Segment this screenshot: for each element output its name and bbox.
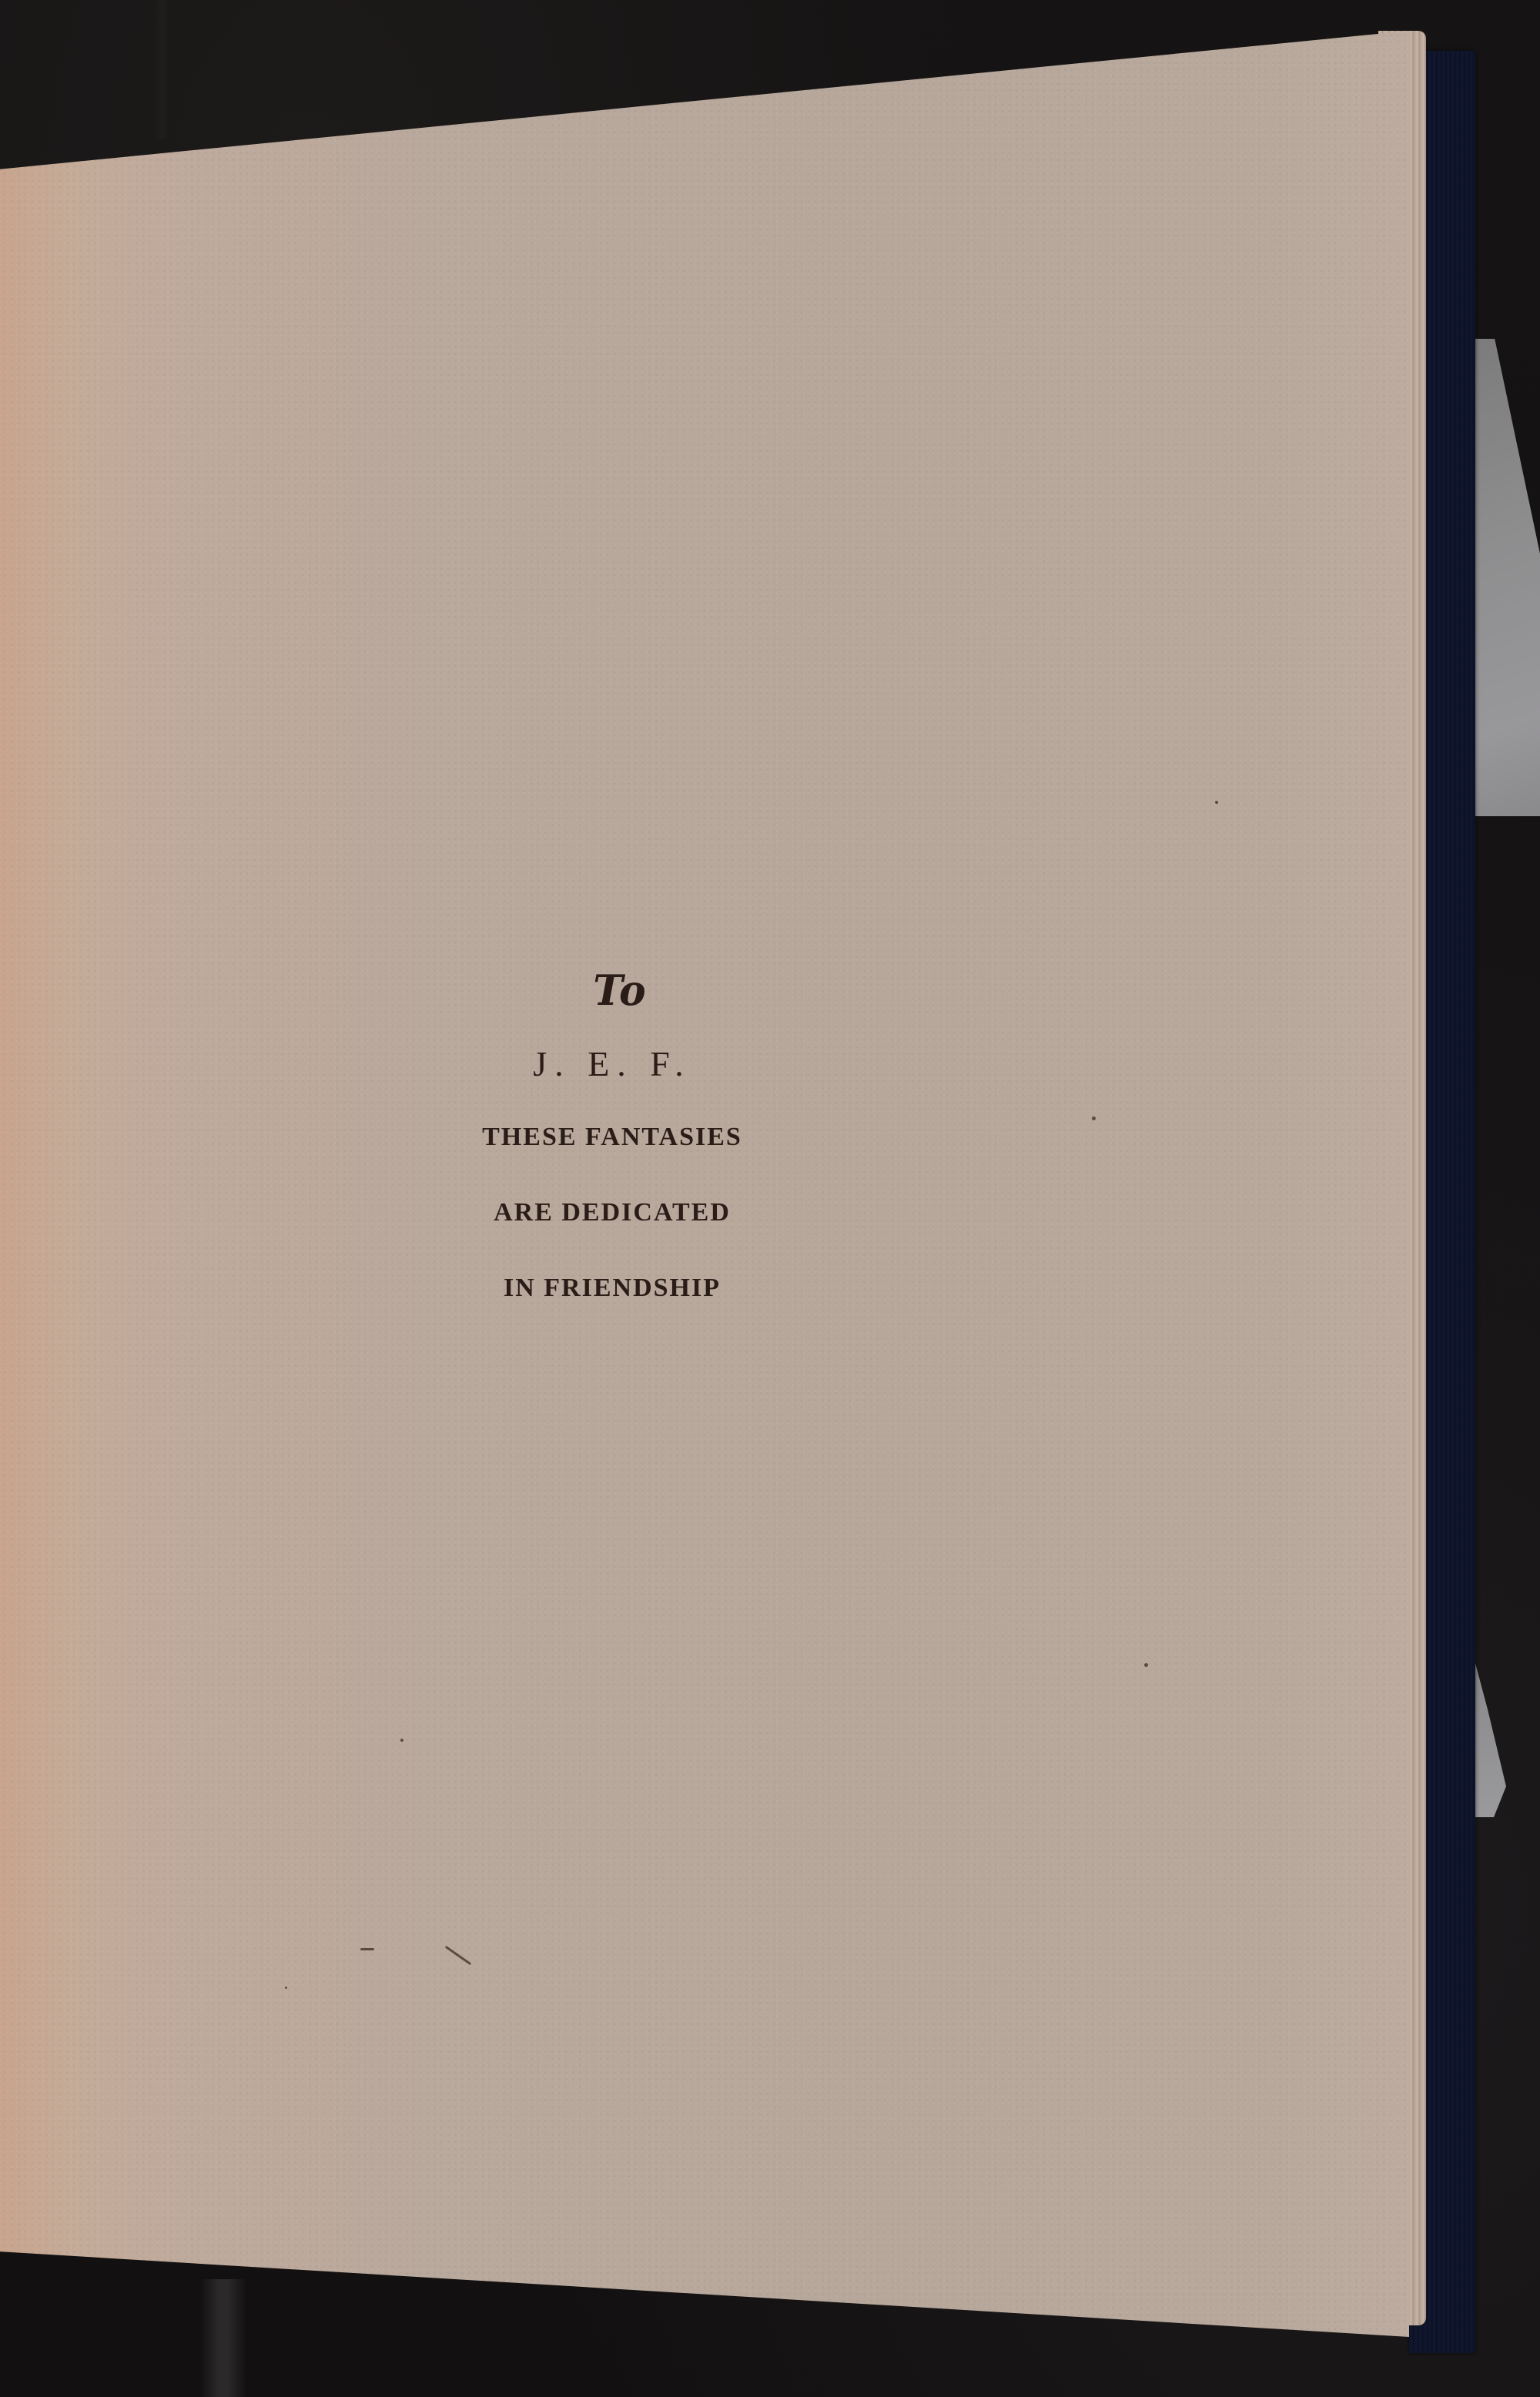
paper-speck bbox=[1215, 801, 1218, 804]
dedication-line-1: THESE FANTASIES bbox=[431, 1122, 793, 1153]
paper-speck bbox=[1092, 1116, 1096, 1120]
paper-speck bbox=[445, 1946, 471, 1965]
dedication-salutation: To bbox=[447, 965, 793, 1016]
dedication-recipient-initials: J. E. F. bbox=[431, 1045, 793, 1083]
paper-speck bbox=[1144, 1663, 1148, 1667]
background-fold-shadow-top bbox=[154, 0, 169, 139]
dedication-line-2: ARE DEDICATED bbox=[431, 1197, 793, 1228]
paper-speck bbox=[360, 1948, 374, 1950]
background-fold-shadow bbox=[200, 2279, 246, 2397]
paper-speck bbox=[400, 1739, 403, 1742]
paper-speck bbox=[285, 1987, 287, 1989]
dedication-line-3: IN FRIENDSHIP bbox=[431, 1273, 793, 1304]
dedication-block: To J. E. F. THESE FANTASIES ARE DEDICATE… bbox=[431, 966, 793, 1304]
